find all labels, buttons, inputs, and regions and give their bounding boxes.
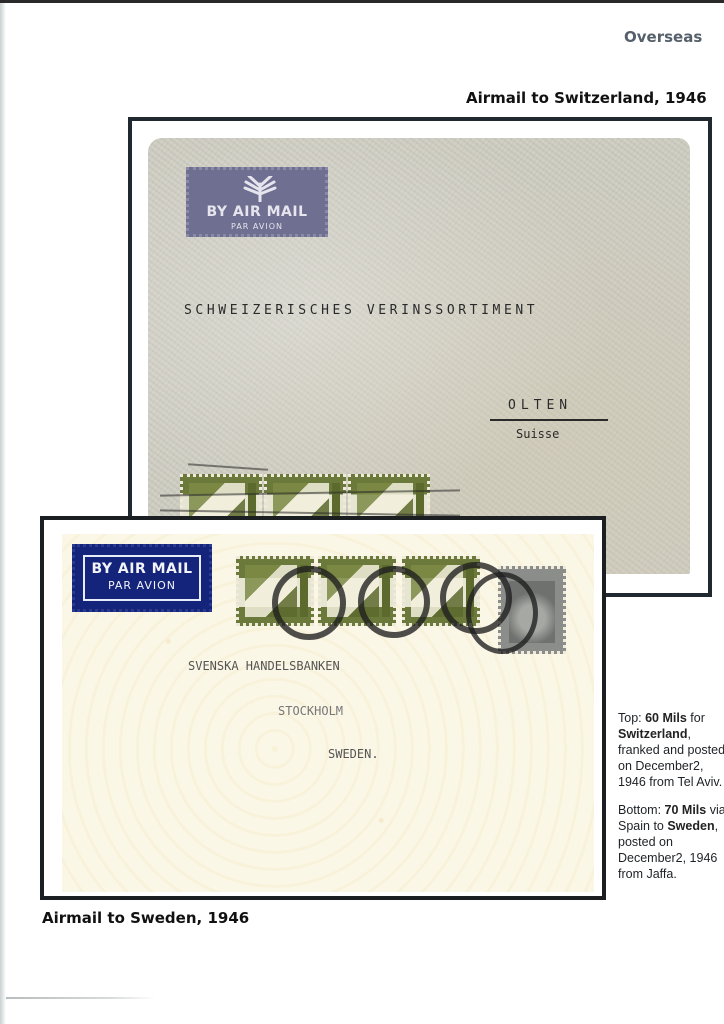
top-address-line1: SCHWEIZERISCHES VERINSSORTIMENT xyxy=(184,303,538,318)
section-title: Overseas xyxy=(624,28,702,46)
bottom-address-line3: SWEDEN. xyxy=(328,747,379,761)
postmark xyxy=(358,566,430,638)
note-prefix: Bottom: xyxy=(618,803,665,817)
airmail-label-line1: BY AIR MAIL xyxy=(189,204,325,220)
note-rate: 70 Mils xyxy=(665,803,707,817)
address-underline xyxy=(490,419,608,421)
note-bottom: Bottom: 70 Mils via Spain to Sweden, pos… xyxy=(618,802,724,882)
airmail-label-line2: PAR AVION xyxy=(85,579,199,592)
postmark xyxy=(272,566,346,640)
airmail-label-line1: BY AIR MAIL xyxy=(85,561,199,577)
bottom-address-line2: STOCKHOLM xyxy=(278,704,343,718)
top-address-line3: Suisse xyxy=(516,427,559,441)
airmail-label-line2: PAR AVION xyxy=(189,222,325,231)
bottom-airmail-label: BY AIR MAIL PAR AVION xyxy=(72,544,212,612)
note-text: for xyxy=(687,711,705,725)
page-left-edge xyxy=(0,3,6,1024)
top-airmail-label: BY AIR MAIL PAR AVION xyxy=(186,167,328,237)
note-destination: Switzerland xyxy=(618,727,687,741)
note-prefix: Top: xyxy=(618,711,645,725)
top-address-line2: OLTEN xyxy=(508,398,572,413)
note-rate: 60 Mils xyxy=(645,711,687,725)
page-footer-rule xyxy=(6,997,156,999)
bottom-exhibit-heading: Airmail to Sweden, 1946 xyxy=(42,909,249,927)
bottom-address-line1: SVENSKA HANDELSBANKEN xyxy=(188,659,340,673)
note-top: Top: 60 Mils for Switzerland, franked an… xyxy=(618,710,724,790)
wings-icon xyxy=(243,176,277,202)
page-top-edge xyxy=(0,0,724,3)
top-exhibit-heading: Airmail to Switzerland, 1946 xyxy=(466,89,707,107)
exhibit-notes: Top: 60 Mils for Switzerland, franked an… xyxy=(618,710,724,894)
postmark xyxy=(466,572,538,654)
note-destination: Sweden xyxy=(667,819,714,833)
